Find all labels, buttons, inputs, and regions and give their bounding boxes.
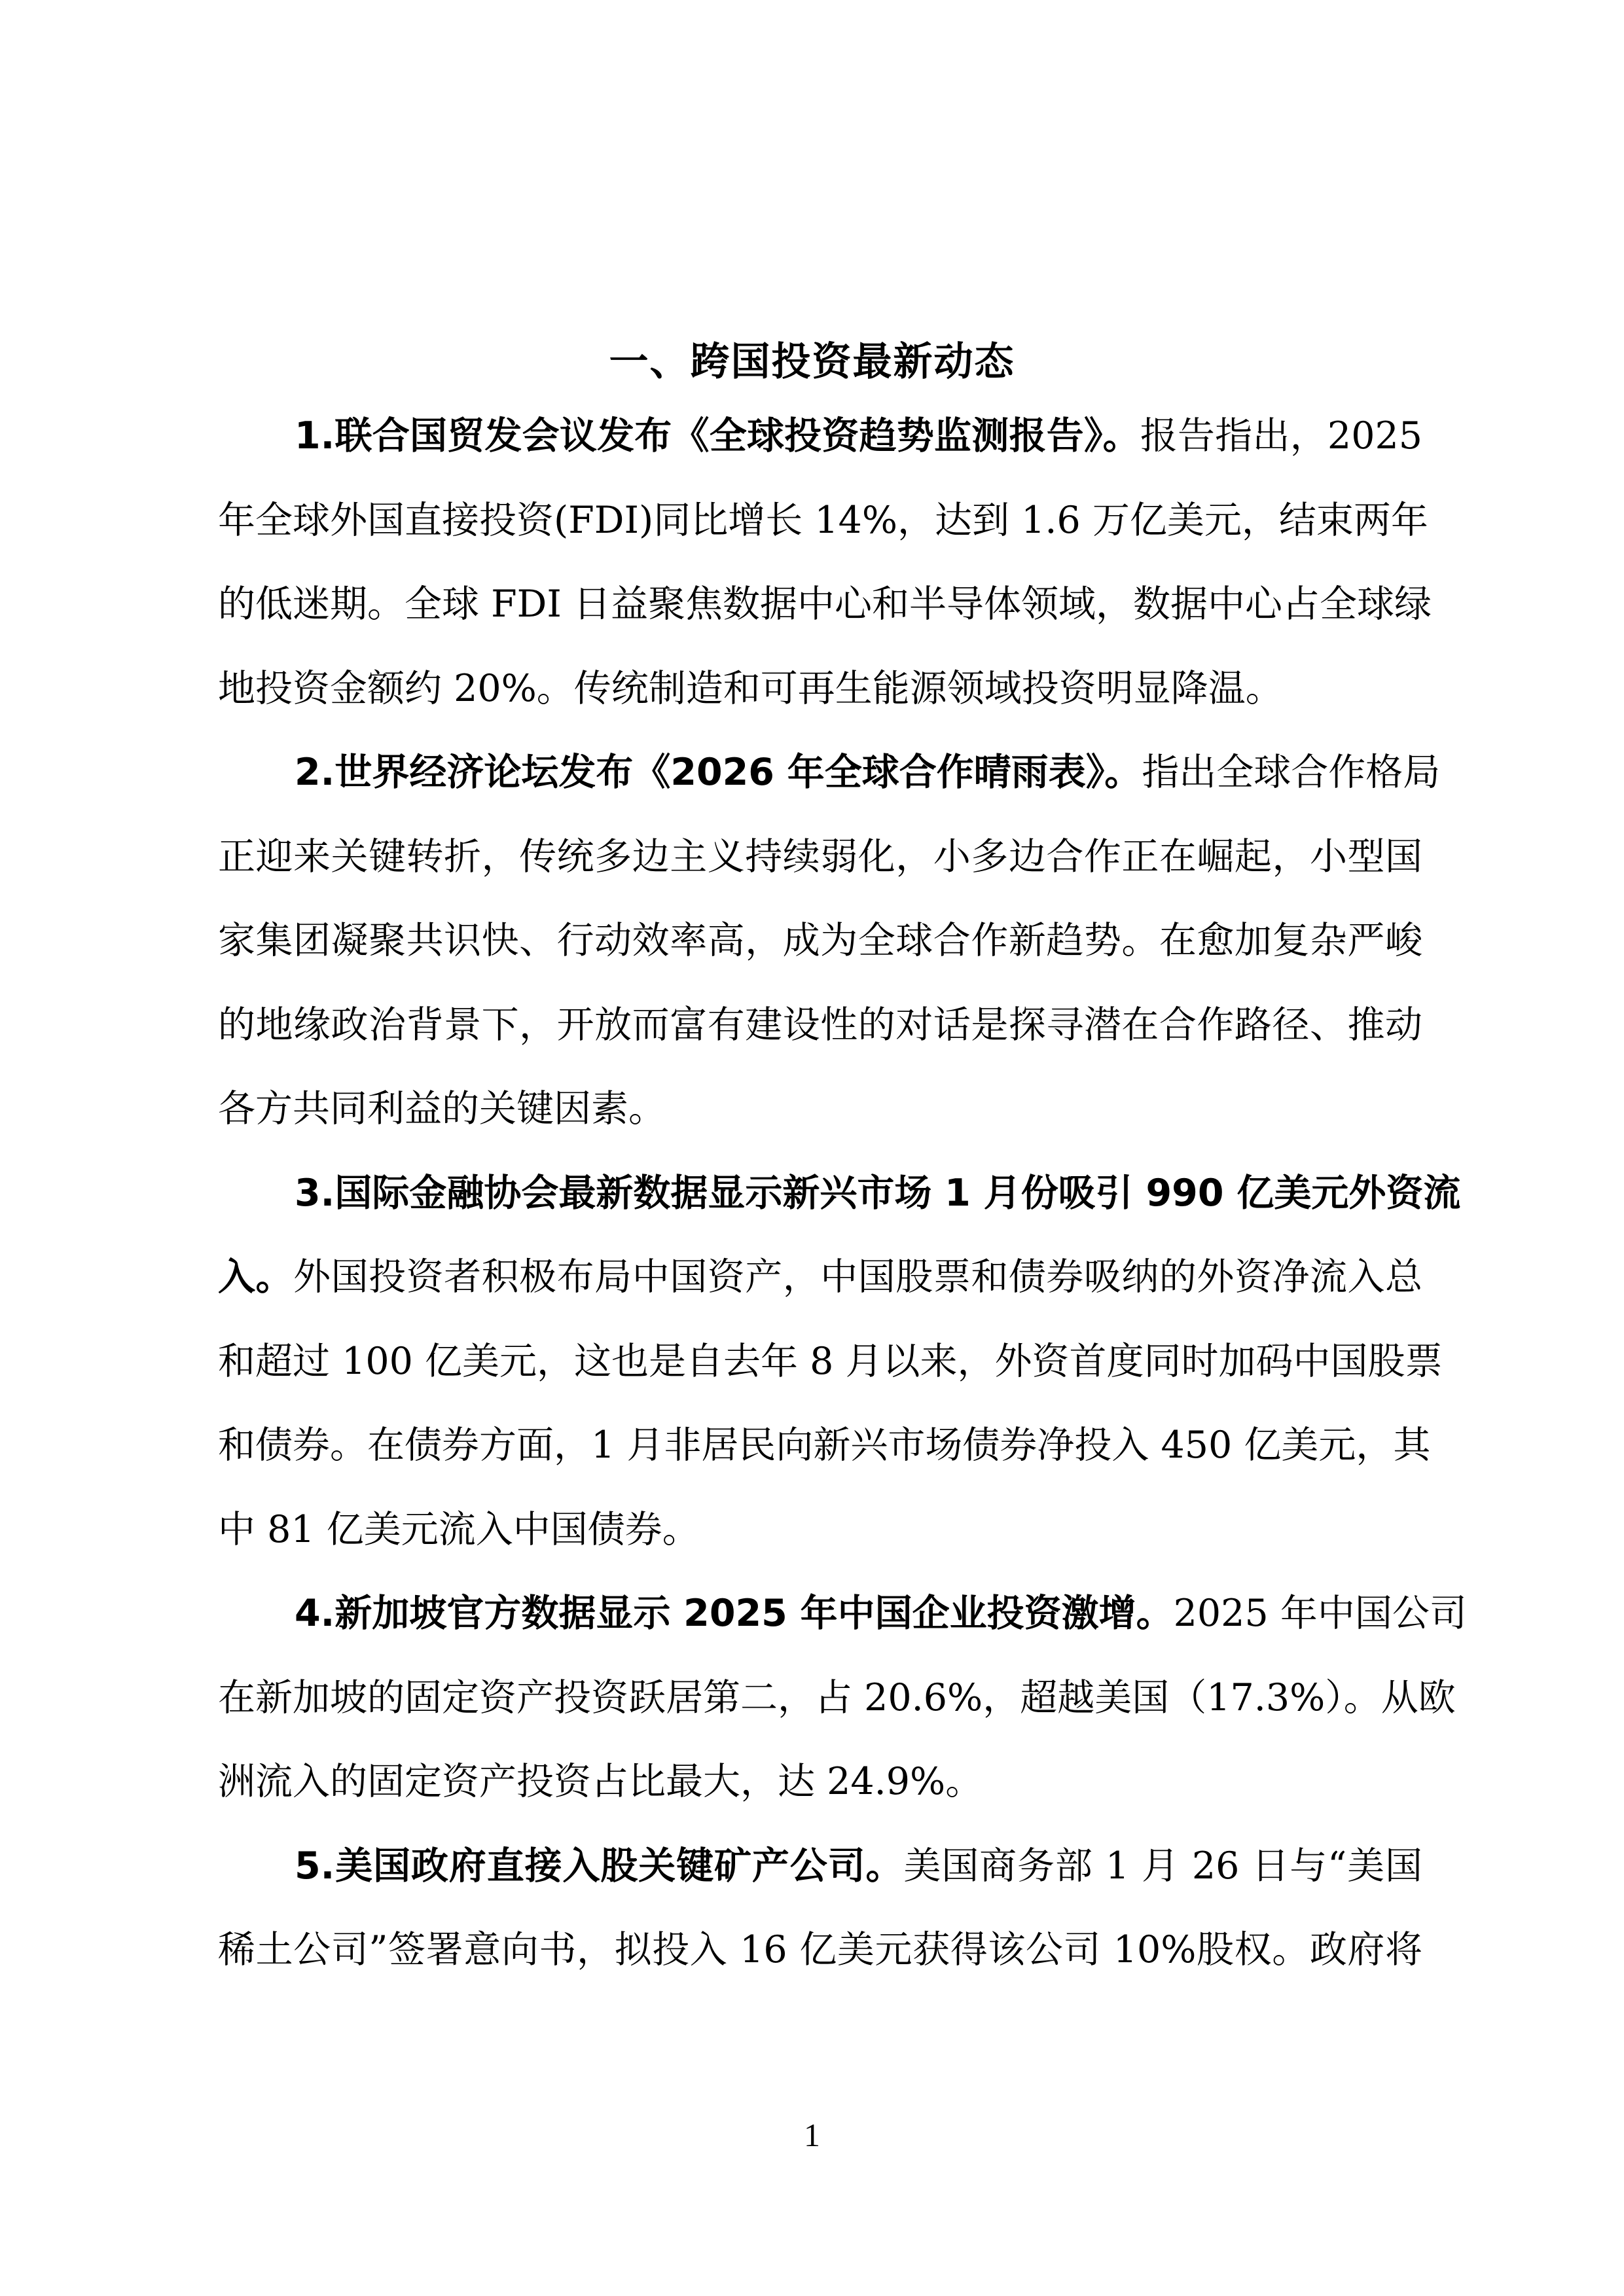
- paragraph-text: 2025 年中国公司: [1174, 1592, 1467, 1635]
- paragraph-5: 5.美国政府直接入股关键矿产公司。美国商务部 1 月 26 日与“美国 稀土公司…: [218, 1824, 1422, 1992]
- paragraph-line: 在新加坡的固定资产投资跃居第二，占 20.6%，超越美国（17.3%）。从欧: [218, 1656, 1422, 1740]
- paragraph-lead: 2.世界经济论坛发布《2026 年全球合作晴雨表》。: [295, 751, 1142, 794]
- paragraph-line: 和债券。在债券方面，1 月非居民向新兴市场债券净投入 450 亿美元，其: [218, 1403, 1422, 1488]
- paragraph-line: 的低迷期。全球 FDI 日益聚焦数据中心和半导体领域，数据中心占全球绿: [218, 562, 1422, 647]
- paragraph-line: 5.美国政府直接入股关键矿产公司。美国商务部 1 月 26 日与“美国: [218, 1824, 1422, 1909]
- paragraph-line: 稀土公司”签署意向书，拟投入 16 亿美元获得该公司 10%股权。政府将: [218, 1908, 1422, 1992]
- paragraph-line: 入。外国投资者积极布局中国资产，中国股票和债券吸纳的外资净流入总: [218, 1235, 1422, 1319]
- paragraph-lead: 4.新加坡官方数据显示 2025 年中国企业投资激增。: [295, 1592, 1174, 1635]
- paragraph-line: 的地缘政治背景下，开放而富有建设性的对话是探寻潜在合作路径、推动: [218, 983, 1422, 1067]
- paragraph-line: 中 81 亿美元流入中国债券。: [218, 1488, 1422, 1572]
- paragraph-line: 4.新加坡官方数据显示 2025 年中国企业投资激增。2025 年中国公司: [218, 1571, 1422, 1656]
- paragraph-line: 家集团凝聚共识快、行动效率高，成为全球合作新趋势。在愈加复杂严峻: [218, 899, 1422, 983]
- paragraph-lead: 5.美国政府直接入股关键矿产公司。: [295, 1844, 903, 1888]
- paragraph-lead: 入。: [218, 1255, 293, 1299]
- paragraph-4: 4.新加坡官方数据显示 2025 年中国企业投资激增。2025 年中国公司 在新…: [218, 1571, 1422, 1824]
- paragraph-text: 外国投资者积极布局中国资产，中国股票和债券吸纳的外资净流入总: [293, 1255, 1422, 1299]
- paragraph-line: 2.世界经济论坛发布《2026 年全球合作晴雨表》。指出全球合作格局: [218, 730, 1422, 815]
- paragraph-3: 3.国际金融协会最新数据显示新兴市场 1 月份吸引 990 亿美元外资流 入。外…: [218, 1151, 1422, 1572]
- paragraph-line: 年全球外国直接投资(FDI)同比增长 14%，达到 1.6 万亿美元，结束两年: [218, 478, 1422, 563]
- paragraph-line: 正迎来关键转折，传统多边主义持续弱化，小多边合作正在崛起，小型国: [218, 815, 1422, 899]
- section-title: 一、跨国投资最新动态: [0, 332, 1624, 391]
- paragraph-lead: 3.国际金融协会最新数据显示新兴市场 1 月份吸引 990 亿美元外资流: [295, 1172, 1460, 1215]
- paragraph-1: 1.联合国贸发会议发布《全球投资趋势监测报告》。报告指出，2025 年全球外国直…: [218, 394, 1422, 730]
- paragraph-line: 3.国际金融协会最新数据显示新兴市场 1 月份吸引 990 亿美元外资流: [218, 1151, 1422, 1236]
- document-body: 1.联合国贸发会议发布《全球投资趋势监测报告》。报告指出，2025 年全球外国直…: [218, 394, 1422, 1992]
- paragraph-line: 洲流入的固定资产投资占比最大，达 24.9%。: [218, 1740, 1422, 1824]
- paragraph-line: 地投资金额约 20%。传统制造和可再生能源领域投资明显降温。: [218, 647, 1422, 731]
- paragraph-text: 指出全球合作格局: [1142, 751, 1440, 794]
- paragraph-2: 2.世界经济论坛发布《2026 年全球合作晴雨表》。指出全球合作格局 正迎来关键…: [218, 730, 1422, 1151]
- paragraph-line: 1.联合国贸发会议发布《全球投资趋势监测报告》。报告指出，2025: [218, 394, 1422, 478]
- paragraph-line: 和超过 100 亿美元，这也是自去年 8 月以来，外资首度同时加码中国股票: [218, 1319, 1422, 1404]
- paragraph-lead: 1.联合国贸发会议发布《全球投资趋势监测报告》。: [295, 414, 1140, 457]
- document-page: 一、跨国投资最新动态 1.联合国贸发会议发布《全球投资趋势监测报告》。报告指出，…: [0, 0, 1624, 2296]
- paragraph-text: 美国商务部 1 月 26 日与“美国: [903, 1844, 1422, 1888]
- page-number: 1: [0, 2115, 1624, 2155]
- paragraph-text: 报告指出，2025: [1140, 414, 1422, 457]
- paragraph-line: 各方共同利益的关键因素。: [218, 1067, 1422, 1151]
